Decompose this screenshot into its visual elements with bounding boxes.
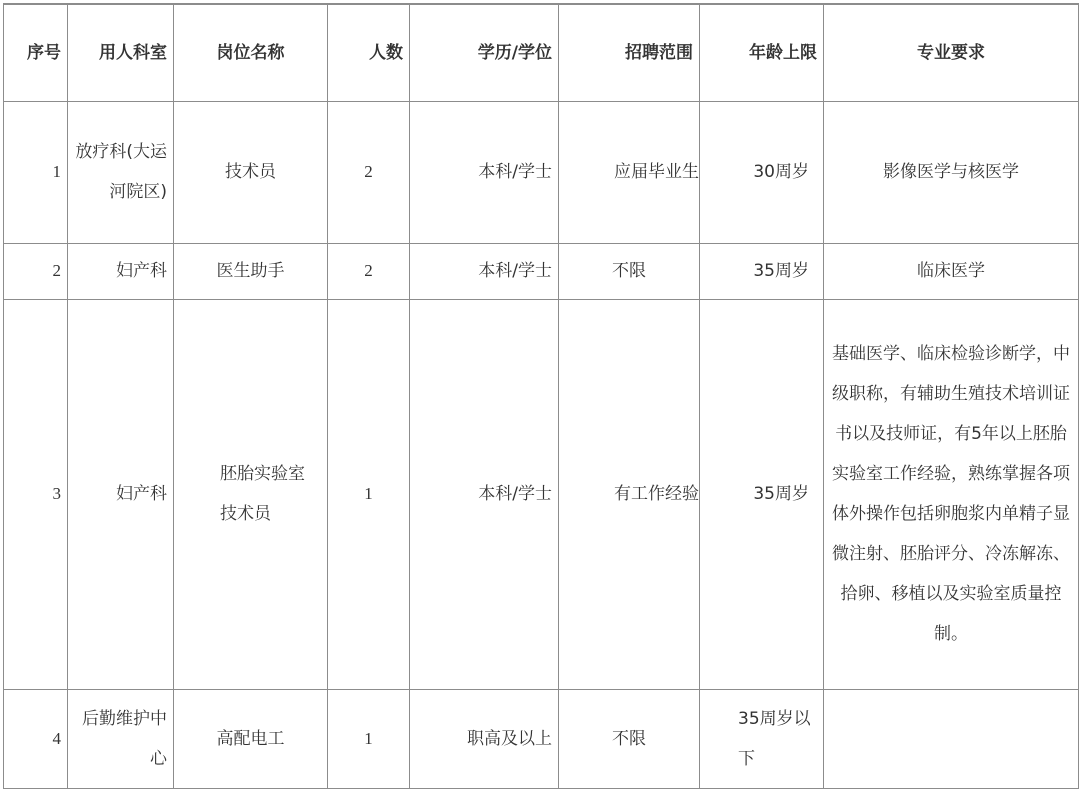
cell-seq: 4	[4, 689, 68, 788]
table-header-row: 序号 用人科室 岗位名称 人数 学历/学位 招聘范围 年龄上限 专业要求	[4, 4, 1079, 101]
table-row: 2 妇产科 医生助手 2 本科/学士 不限 35周岁 临床医学	[4, 243, 1079, 299]
cell-scope: 有工作经验	[559, 299, 700, 689]
cell-education: 职高及以上	[410, 689, 559, 788]
cell-major: 基础医学、临床检验诊断学，中级职称，有辅助生殖技术培训证书以及技师证，有5年以上…	[824, 299, 1079, 689]
cell-position: 高配电工	[174, 689, 328, 788]
cell-count: 2	[328, 243, 410, 299]
header-scope: 招聘范围	[559, 4, 700, 101]
cell-count: 2	[328, 101, 410, 243]
recruitment-table: 序号 用人科室 岗位名称 人数 学历/学位 招聘范围 年龄上限 专业要求 1 放…	[3, 3, 1079, 789]
cell-major: 临床医学	[824, 243, 1079, 299]
table-row: 1 放疗科(大运河院区) 技术员 2 本科/学士 应届毕业生 30周岁 影像医学…	[4, 101, 1079, 243]
cell-major: 影像医学与核医学	[824, 101, 1079, 243]
cell-dept: 妇产科	[68, 243, 174, 299]
cell-age-limit: 35周岁	[700, 299, 824, 689]
cell-education: 本科/学士	[410, 101, 559, 243]
cell-education: 本科/学士	[410, 299, 559, 689]
cell-dept: 放疗科(大运河院区)	[68, 101, 174, 243]
cell-age-limit: 30周岁	[700, 101, 824, 243]
cell-major	[824, 689, 1079, 788]
header-dept: 用人科室	[68, 4, 174, 101]
table-row: 3 妇产科 胚胎实验室技术员 1 本科/学士 有工作经验 35周岁 基础医学、临…	[4, 299, 1079, 689]
cell-scope: 应届毕业生	[559, 101, 700, 243]
cell-scope: 不限	[559, 689, 700, 788]
cell-seq: 2	[4, 243, 68, 299]
cell-seq: 3	[4, 299, 68, 689]
table-row: 4 后勤维护中心 高配电工 1 职高及以上 不限 35周岁以下	[4, 689, 1079, 788]
cell-education: 本科/学士	[410, 243, 559, 299]
major-requirement-text: 基础医学、临床检验诊断学，中级职称，有辅助生殖技术培训证书以及技师证，有5年以上…	[832, 344, 1070, 644]
cell-count: 1	[328, 689, 410, 788]
header-count: 人数	[328, 4, 410, 101]
header-position: 岗位名称	[174, 4, 328, 101]
cell-dept: 后勤维护中心	[68, 689, 174, 788]
cell-position: 胚胎实验室技术员	[174, 299, 328, 689]
cell-age-limit: 35周岁以下	[700, 689, 824, 788]
cell-dept: 妇产科	[68, 299, 174, 689]
cell-seq: 1	[4, 101, 68, 243]
cell-age-limit: 35周岁	[700, 243, 824, 299]
header-age-limit: 年龄上限	[700, 4, 824, 101]
header-major: 专业要求	[824, 4, 1079, 101]
header-education: 学历/学位	[410, 4, 559, 101]
cell-position: 医生助手	[174, 243, 328, 299]
cell-position: 技术员	[174, 101, 328, 243]
cell-scope: 不限	[559, 243, 700, 299]
header-seq: 序号	[4, 4, 68, 101]
cell-count: 1	[328, 299, 410, 689]
